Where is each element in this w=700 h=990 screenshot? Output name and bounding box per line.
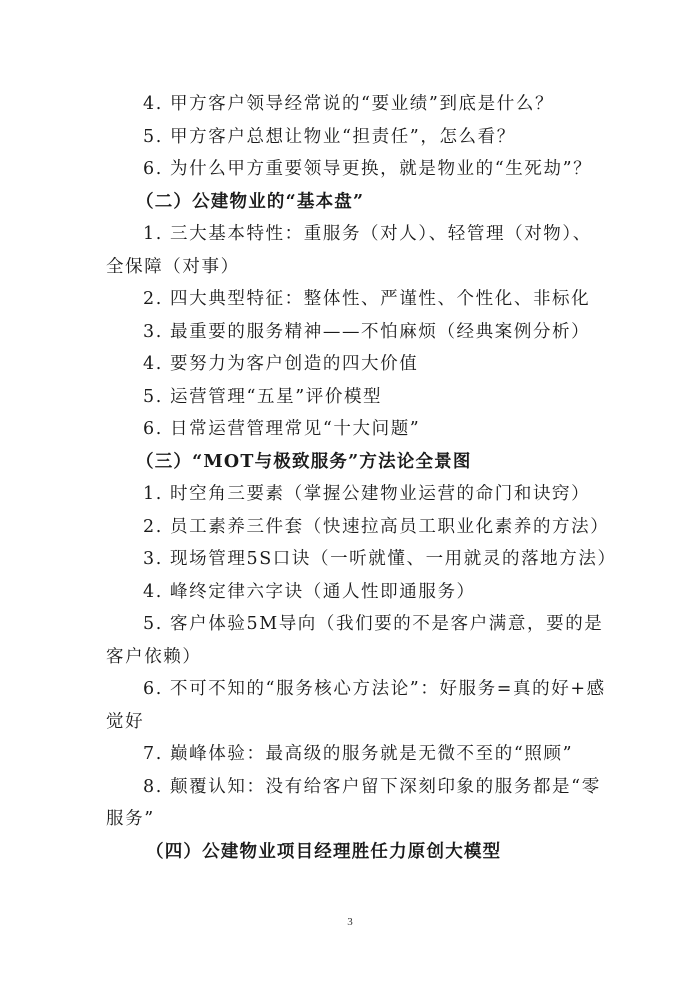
document-page: 4. 甲方客户领导经常说的“要业绩”到底是什么？ 5. 甲方客户总想让物业“担责… — [0, 0, 700, 990]
list-item: 7. 巅峰体验：最高级的服务就是无微不至的“照顾” — [106, 738, 596, 771]
list-item: 2. 员工素养三件套（快速拉高员工职业化素养的方法） — [106, 511, 596, 544]
list-item: 6. 日常运营管理常见“十大问题” — [106, 413, 596, 446]
list-item: 4. 峰终定律六字诀（通人性即通服务） — [106, 576, 596, 609]
section-heading: （二）公建物业的“基本盘” — [106, 186, 596, 219]
list-item: 4. 要努力为客户创造的四大价值 — [106, 348, 596, 381]
list-item: 3. 现场管理5S口诀（一听就懂、一用就灵的落地方法） — [106, 543, 596, 576]
list-item: 6. 不可不知的“服务核心方法论”：好服务=真的好+感 — [106, 673, 596, 706]
list-item: 4. 甲方客户领导经常说的“要业绩”到底是什么？ — [106, 88, 596, 121]
list-item: 8. 颠覆认知：没有给客户留下深刻印象的服务都是“零 — [106, 771, 596, 804]
list-item: 5. 运营管理“五星”评价模型 — [106, 381, 596, 414]
section-heading: （四）公建物业项目经理胜任力原创大模型 — [106, 836, 596, 869]
list-item-continuation: 觉好 — [106, 706, 596, 739]
document-body: 4. 甲方客户领导经常说的“要业绩”到底是什么？ 5. 甲方客户总想让物业“担责… — [106, 88, 596, 868]
list-item-continuation: 客户依赖） — [106, 641, 596, 674]
list-item-continuation: 服务” — [106, 803, 596, 836]
list-item: 2. 四大典型特征：整体性、严谨性、个性化、非标化 — [106, 283, 596, 316]
list-item: 3. 最重要的服务精神——不怕麻烦（经典案例分析） — [106, 316, 596, 349]
section-heading: （三）“MOT与极致服务”方法论全景图 — [106, 446, 596, 479]
page-number: 3 — [0, 916, 700, 928]
list-item-continuation: 全保障（对事） — [106, 251, 596, 284]
list-item: 6. 为什么甲方重要领导更换，就是物业的“生死劫”？ — [106, 153, 596, 186]
list-item: 1. 三大基本特性：重服务（对人）、轻管理（对物）、 — [106, 218, 596, 251]
list-item: 1. 时空角三要素（掌握公建物业运营的命门和诀窍） — [106, 478, 596, 511]
list-item: 5. 甲方客户总想让物业“担责任”，怎么看？ — [106, 121, 596, 154]
list-item: 5. 客户体验5M导向（我们要的不是客户满意，要的是 — [106, 608, 596, 641]
